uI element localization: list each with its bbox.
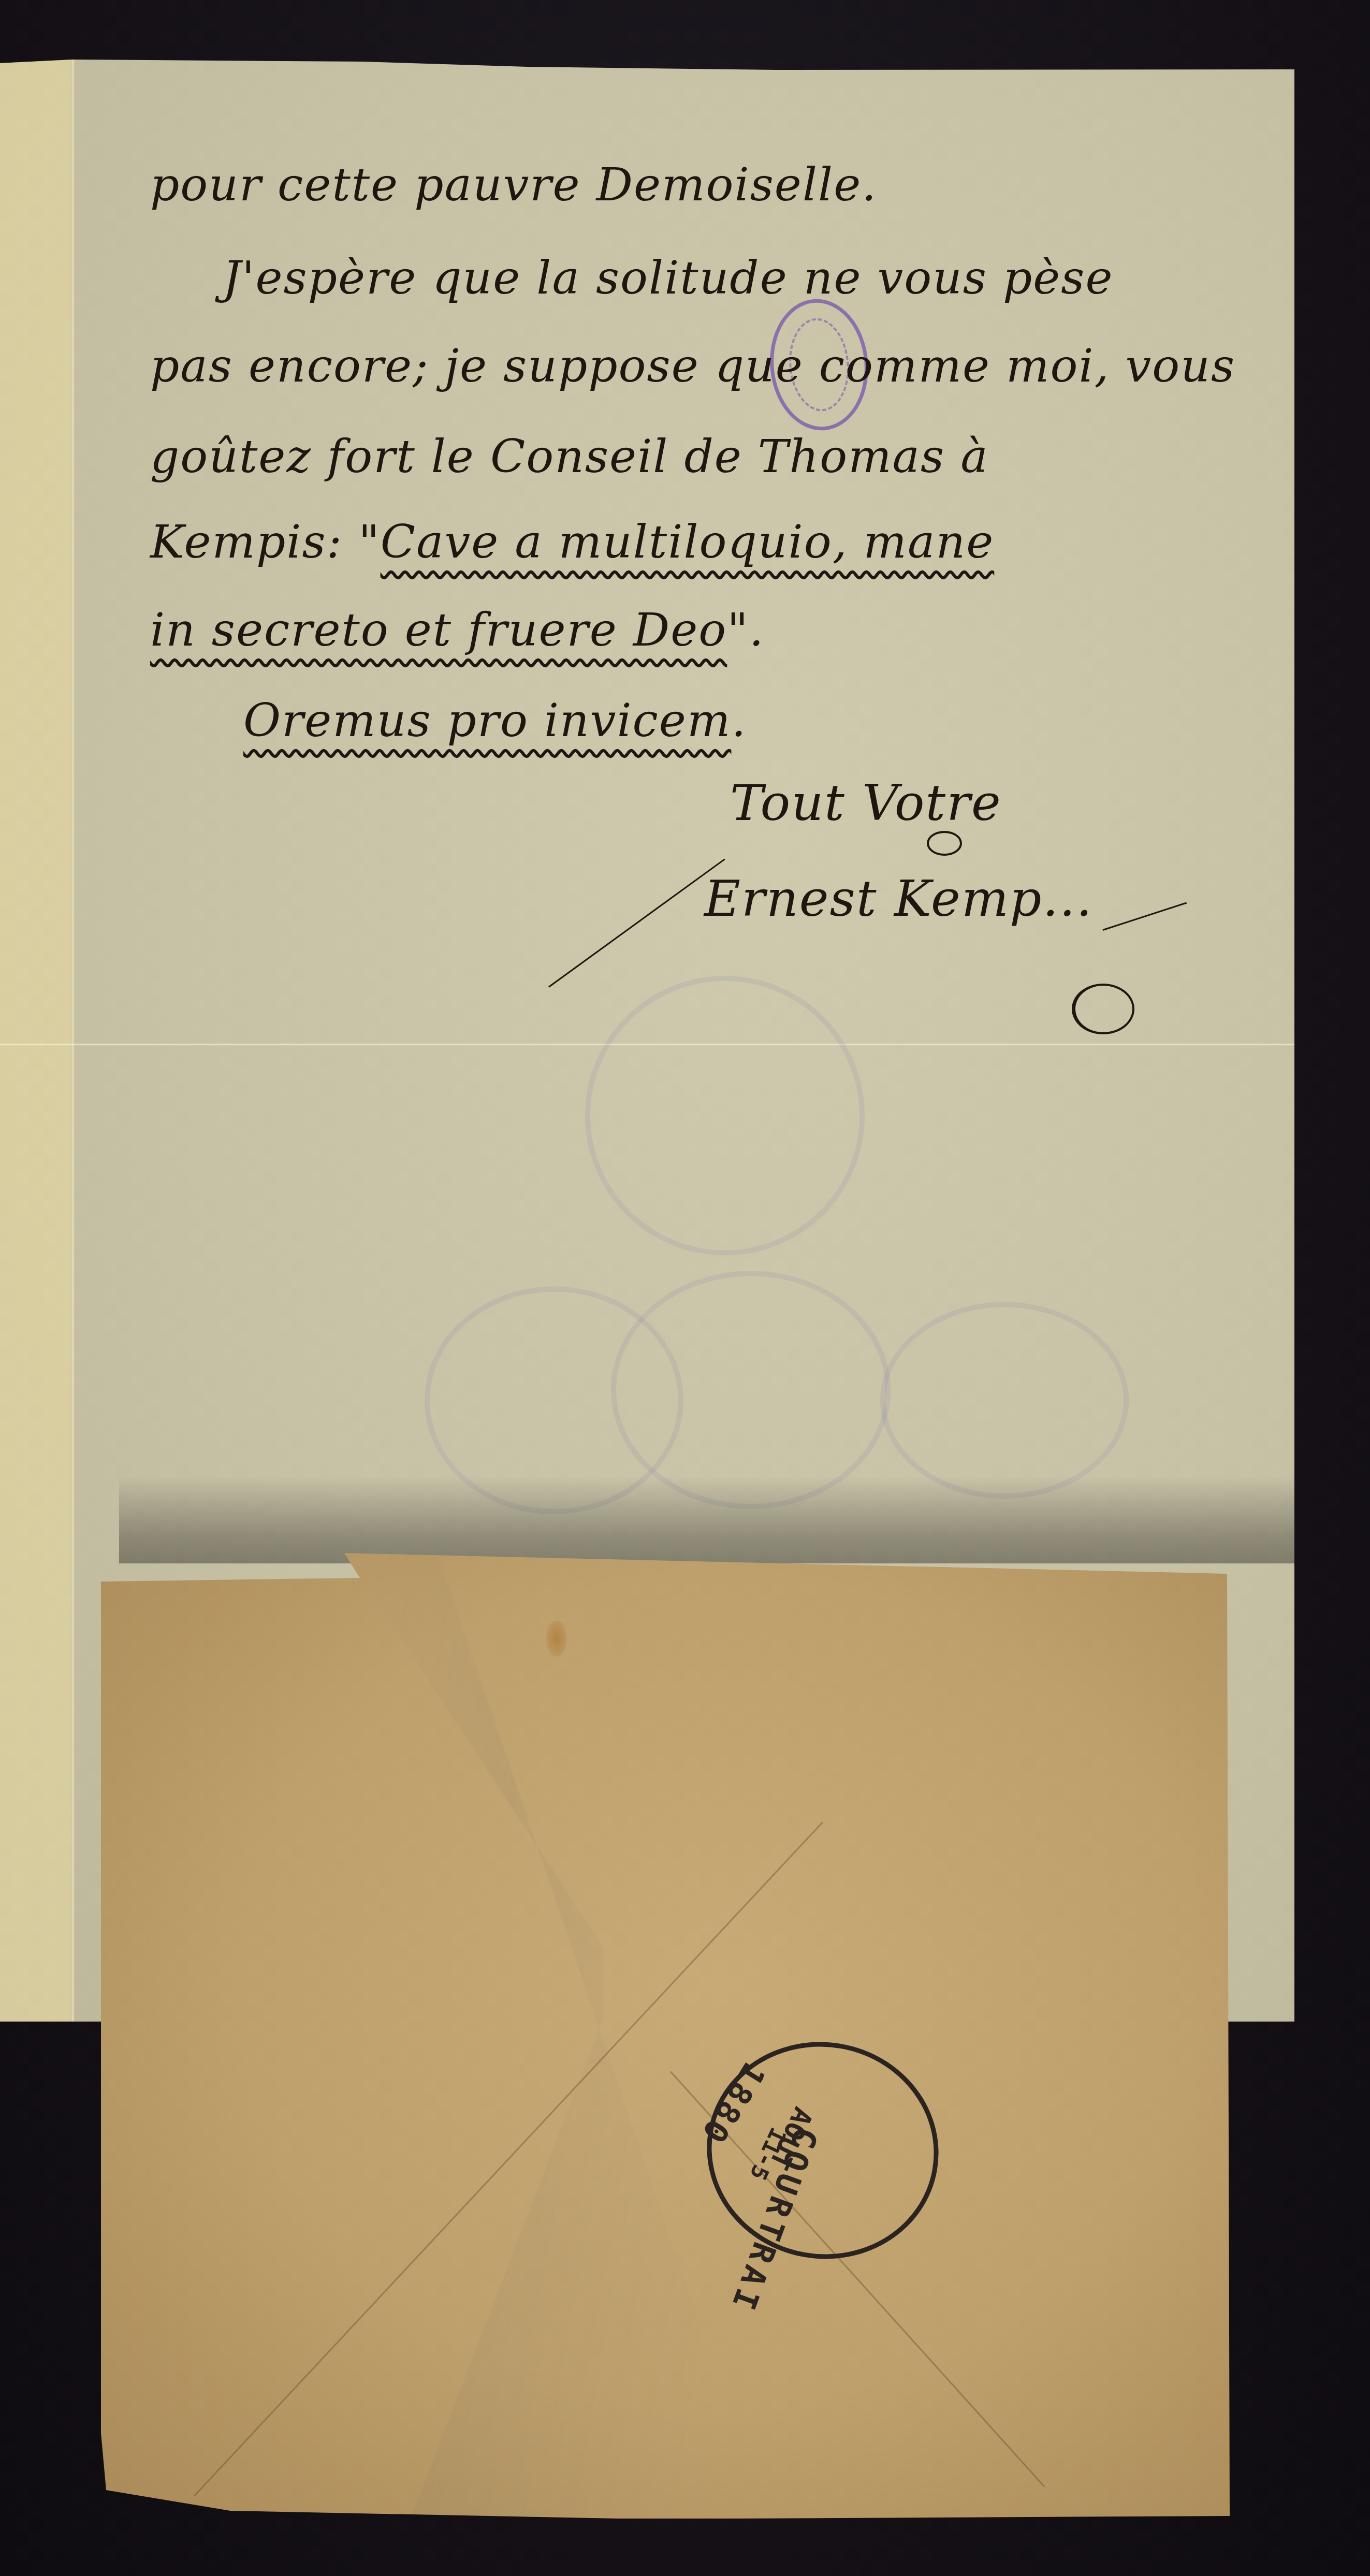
vertical-fold-line (71, 60, 75, 2022)
signature-flourish-loop (927, 831, 962, 856)
envelope-back (101, 1553, 1230, 2519)
letter-line-4: goûtez fort le Conseil de Thomas à (150, 430, 989, 483)
signature-flourish-zigzag (1103, 902, 1187, 931)
letter-line-3: pas encore; je suppose que comme moi, vo… (150, 339, 1235, 392)
envelope-flap (344, 1553, 703, 2516)
show-through-postmark-circle (585, 976, 865, 1255)
latin-quote-part-1: Cave a multiloquio, mane (381, 515, 995, 568)
quote-close: ". (727, 603, 764, 656)
closing-salutation: Tout Votre (730, 774, 1002, 832)
oremus-phrase: Oremus pro invicem (243, 694, 731, 747)
signature-flourish-tail (1072, 984, 1134, 1034)
show-through-postmark-circle (880, 1302, 1129, 1499)
letter-line-5: Kempis: "Cave a multiloquio, mane (150, 515, 994, 568)
letter-line-2: J'espère que la solitude ne vous pèse (223, 251, 1114, 304)
show-through-postmark-circle (611, 1271, 891, 1509)
signature-flourish-stroke (548, 858, 725, 987)
signature: Ernest Kemp... (704, 870, 1093, 928)
envelope-stain (546, 1620, 567, 1657)
oremus-period: . (731, 694, 747, 747)
letter-line-6: in secreto et fruere Deo". (150, 603, 765, 656)
latin-quote-part-2: in secreto et fruere Deo (150, 603, 727, 656)
kempis-label: Kempis: " (150, 515, 381, 568)
letter-line-1: pour cette pauvre Demoiselle. (150, 158, 877, 211)
letter-line-7: Oremus pro invicem. (243, 694, 747, 747)
envelope-shadow (119, 1475, 1294, 1563)
